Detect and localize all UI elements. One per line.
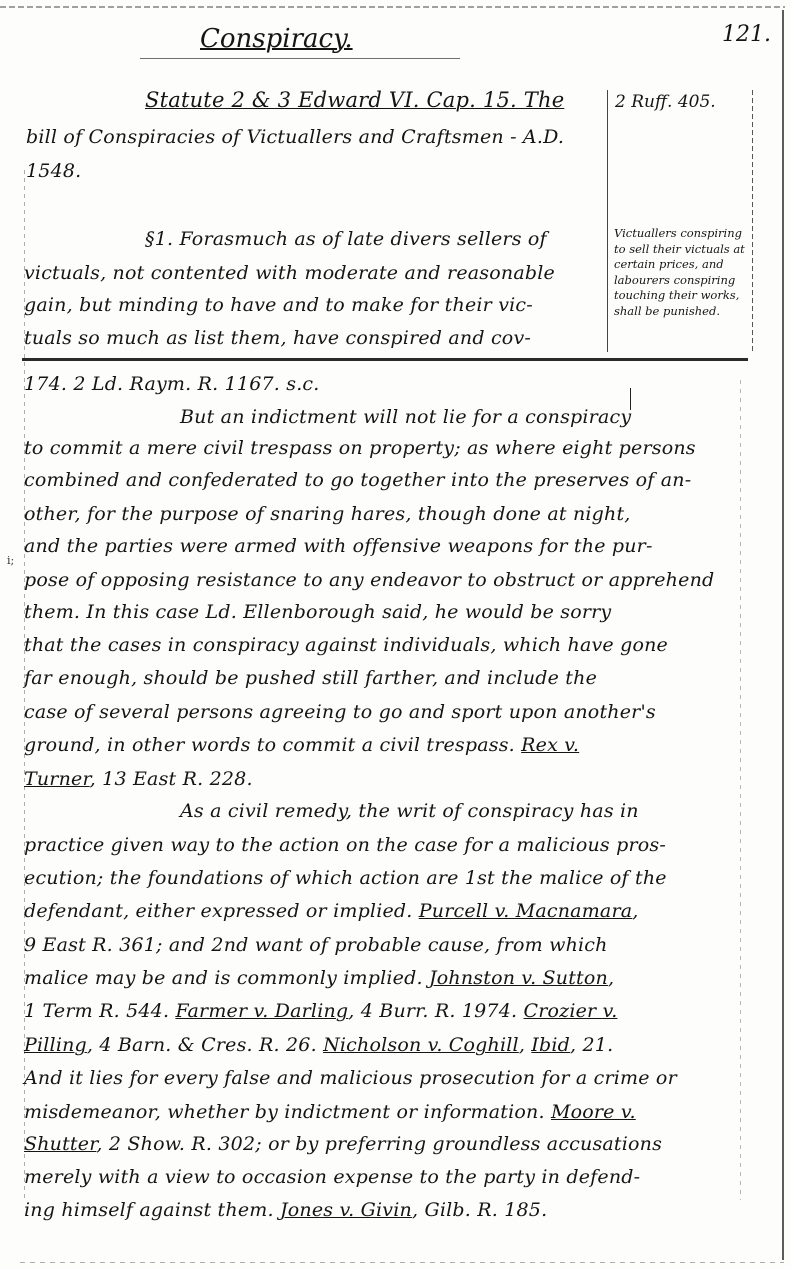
statute-section-line: gain, but minding to have and to make fo… — [24, 294, 533, 316]
case-name: Purcell v. Macnamara — [419, 900, 632, 922]
stray-margin-mark: i; — [7, 554, 14, 567]
body-text-line: Turner, 13 East R. 228. — [24, 768, 253, 790]
statute-heading-line: Statute 2 & 3 Edward VI. Cap. 15. The — [145, 88, 564, 112]
body-text-line: far enough, should be pushed still farth… — [24, 667, 597, 689]
section-divider — [22, 358, 748, 361]
body-text-line: ecution; the foundations of which action… — [24, 867, 667, 889]
body-text-line: ing himself against them. Jones v. Givin… — [24, 1199, 547, 1221]
page-number: 121. — [722, 22, 771, 47]
body-text-line: combined and confederated to go together… — [24, 469, 691, 491]
body-text-line: Pilling, 4 Barn. & Cres. R. 26. Nicholso… — [24, 1034, 613, 1056]
case-name: Moore v. — [551, 1101, 636, 1123]
case-name: Rex v. — [521, 734, 579, 756]
body-text-line: 1 Term R. 544. Farmer v. Darling, 4 Burr… — [24, 1000, 618, 1022]
title-underline — [140, 58, 460, 59]
case-name: Shutter — [24, 1133, 96, 1155]
page-top-edge — [0, 6, 785, 8]
statute-heading-line: bill of Conspiracies of Victuallers and … — [26, 126, 564, 148]
citation-line: 174. 2 Ld. Raym. R. 1167. s.c. — [24, 373, 320, 395]
body-text-line: merely with a view to occasion expense t… — [24, 1166, 640, 1188]
body-text-line: and the parties were armed with offensiv… — [24, 535, 653, 557]
body-text-line: Shutter, 2 Show. R. 302; or by preferrin… — [24, 1133, 662, 1155]
statute-section-line: victuals, not contented with moderate an… — [24, 262, 555, 284]
body-text-line: case of several persons agreeing to go a… — [24, 701, 656, 723]
page-bottom-edge — [20, 1262, 784, 1263]
body-text-line: other, for the purpose of snaring hares,… — [24, 503, 631, 525]
body-text-line: As a civil remedy, the writ of conspirac… — [180, 800, 639, 822]
statute-heading-line: 1548. — [26, 160, 81, 182]
body-right-rule — [740, 380, 741, 1200]
body-text-line: And it lies for every false and maliciou… — [24, 1067, 677, 1089]
body-text-line: to commit a mere civil trespass on prope… — [24, 437, 696, 459]
page-right-edge — [782, 10, 784, 1260]
body-text-line: them. In this case Ld. Ellenborough said… — [24, 601, 611, 623]
statute-section-line: §1. Forasmuch as of late divers sellers … — [145, 228, 547, 250]
body-text-line: malice may be and is commonly implied. J… — [24, 967, 614, 989]
case-name: Nicholson v. Coghill — [323, 1034, 519, 1056]
body-text-line: misdemeanor, whether by indictment or in… — [24, 1101, 636, 1123]
margin-citation: 2 Ruff. 405. — [615, 92, 716, 112]
body-text-line: 9 East R. 361; and 2nd want of probable … — [24, 934, 608, 956]
case-name: Farmer v. Darling — [175, 1000, 348, 1022]
case-name: Pilling — [24, 1034, 87, 1056]
case-name: Ibid — [531, 1034, 570, 1056]
body-text-line: that the cases in conspiracy against ind… — [24, 634, 668, 656]
body-text-line: practice given way to the action on the … — [24, 834, 666, 856]
body-text-line: pose of opposing resistance to any endea… — [24, 569, 714, 591]
case-name: Jones v. Givin — [280, 1199, 412, 1221]
margin-column-rule-left — [607, 90, 608, 352]
case-name: Crozier v. — [523, 1000, 617, 1022]
page-title: Conspiracy. — [200, 24, 353, 54]
statute-section-line: tuals so much as list them, have conspir… — [24, 327, 531, 349]
body-text-line: ground, in other words to commit a civil… — [24, 734, 579, 756]
body-text-line: But an indictment will not lie for a con… — [180, 406, 631, 428]
manuscript-page: Conspiracy. 121. Statute 2 & 3 Edward VI… — [0, 0, 791, 1269]
body-text-line: defendant, either expressed or implied. … — [24, 900, 639, 922]
case-name: Johnston v. Sutton — [429, 967, 608, 989]
margin-note: Victuallers conspiring to sell their vic… — [614, 226, 754, 319]
case-name: Turner — [24, 768, 90, 790]
